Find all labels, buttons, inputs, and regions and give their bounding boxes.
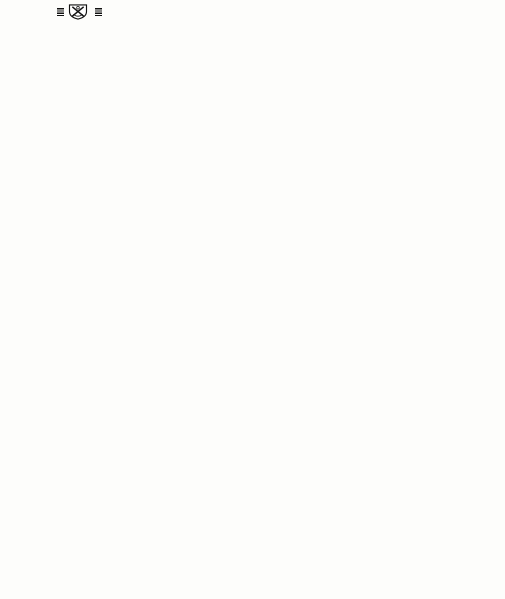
congrats-column [6, 75, 158, 175]
masthead [4, 2, 154, 24]
masthead-bar-left [57, 8, 64, 16]
revision-col1 [170, 28, 333, 178]
anchor [255, 28, 256, 29]
masthead-row2 [4, 3, 154, 20]
coat-of-arms-icon [67, 3, 89, 20]
masthead-bar-right [95, 8, 102, 16]
